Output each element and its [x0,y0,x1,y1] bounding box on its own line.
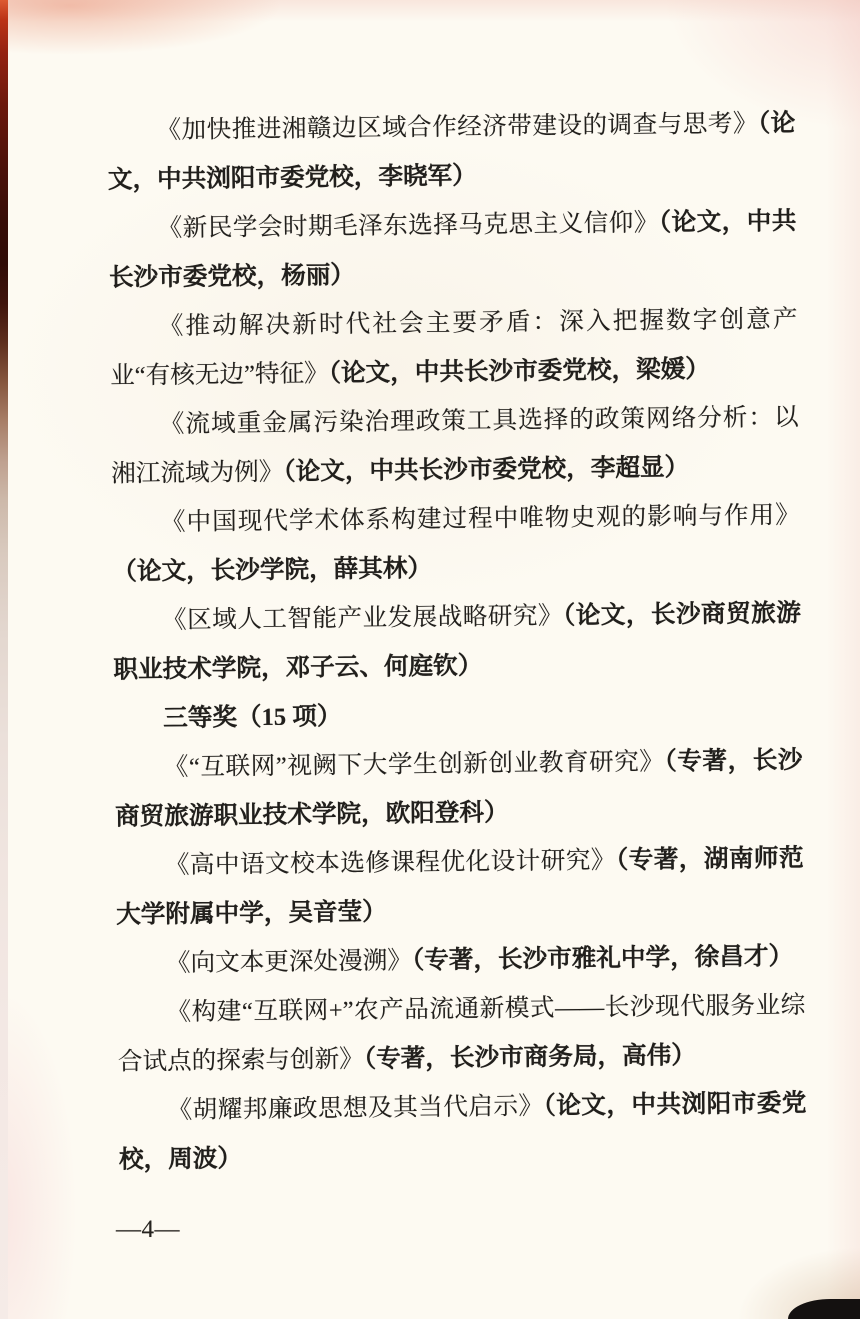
page-number: —4— [116,1216,180,1244]
entry-attribution: （专著，长沙市雅礼中学，徐昌才） [412,943,793,974]
award-entry: 《加快推进湘赣边区域合作经济带建设的调查与思考》（论文，中共浏阳市委党校，李晓军… [107,99,796,205]
document-body: 《加快推进湘赣边区域合作经济带建设的调查与思考》（论文，中共浏阳市委党校，李晓军… [107,99,807,1185]
entry-title: 《“互联网”视阙下大学生创新创业教育研究》 [164,748,665,781]
entry-title: 《区域人工智能产业发展战略研究》 [162,603,563,635]
award-entry: 《流域重金属污染治理政策工具选择的政策网络分析：以湘江流域为例》（论文，中共长沙… [110,393,799,499]
award-entry: 《推动解决新时代社会主要矛盾：深入把握数字创意产业“有核无边”特征》（论文，中共… [109,295,798,401]
scanned-document-page: 《加快推进湘赣边区域合作经济带建设的调查与思考》（论文，中共浏阳市委党校，李晓军… [0,0,860,1319]
entry-attribution: （论文，中共长沙市委党校，李超显） [283,454,689,486]
entry-attribution: （论文，中共长沙市委党校，梁媛） [329,356,710,387]
award-entry: 《高中语文校本选修课程优化设计研究》（专著，湖南师范大学附属中学，吴音莹） [115,834,804,940]
scan-left-edge [0,0,8,1319]
entry-attribution: （专著，长沙市商务局，高伟） [364,1042,696,1073]
entry-attribution: （论文，长沙学院，薛其林） [112,555,432,586]
award-entry: 《构建“互联网+”农产品流通新模式——长沙现代服务业综合试点的探索与创新》（专著… [117,981,806,1087]
award-entry: 《胡耀邦廉政思想及其当代启示》（论文，中共浏阳市委党校，周波） [118,1079,807,1185]
award-entry: 《中国现代学术体系构建过程中唯物史观的影响与作用》（论文，长沙学院，薛其林） [112,491,801,597]
entry-title: 《胡耀邦廉政思想及其当代启示》 [167,1093,543,1124]
entry-title: 《高中语文校本选修课程优化设计研究》 [165,847,616,879]
entry-title: 《向文本更深处漫溯》 [166,947,412,977]
award-entry: 《“互联网”视阙下大学生创新创业教育研究》（专著，长沙商贸旅游职业技术学院，欧阳… [114,736,803,842]
entry-title: 《新民学会时期毛泽东选择马克思主义信仰》 [157,209,658,242]
award-entry: 《新民学会时期毛泽东选择马克思主义信仰》（论文，中共长沙市委党校，杨丽） [108,197,797,303]
award-entry: 《向文本更深处漫溯》（专著，长沙市雅礼中学，徐昌才） [117,932,806,989]
section-heading-third-prize: 三等奖（15 项） [114,687,803,744]
award-entry: 《区域人工智能产业发展战略研究》（论文，长沙商贸旅游职业技术学院，邓子云、何庭钦… [113,589,802,695]
entry-title: 《中国现代学术体系构建过程中唯物史观的影响与作用》 [161,502,800,536]
entry-title: 《加快推进湘赣边区域合作经济带建设的调查与思考》 [156,110,758,144]
